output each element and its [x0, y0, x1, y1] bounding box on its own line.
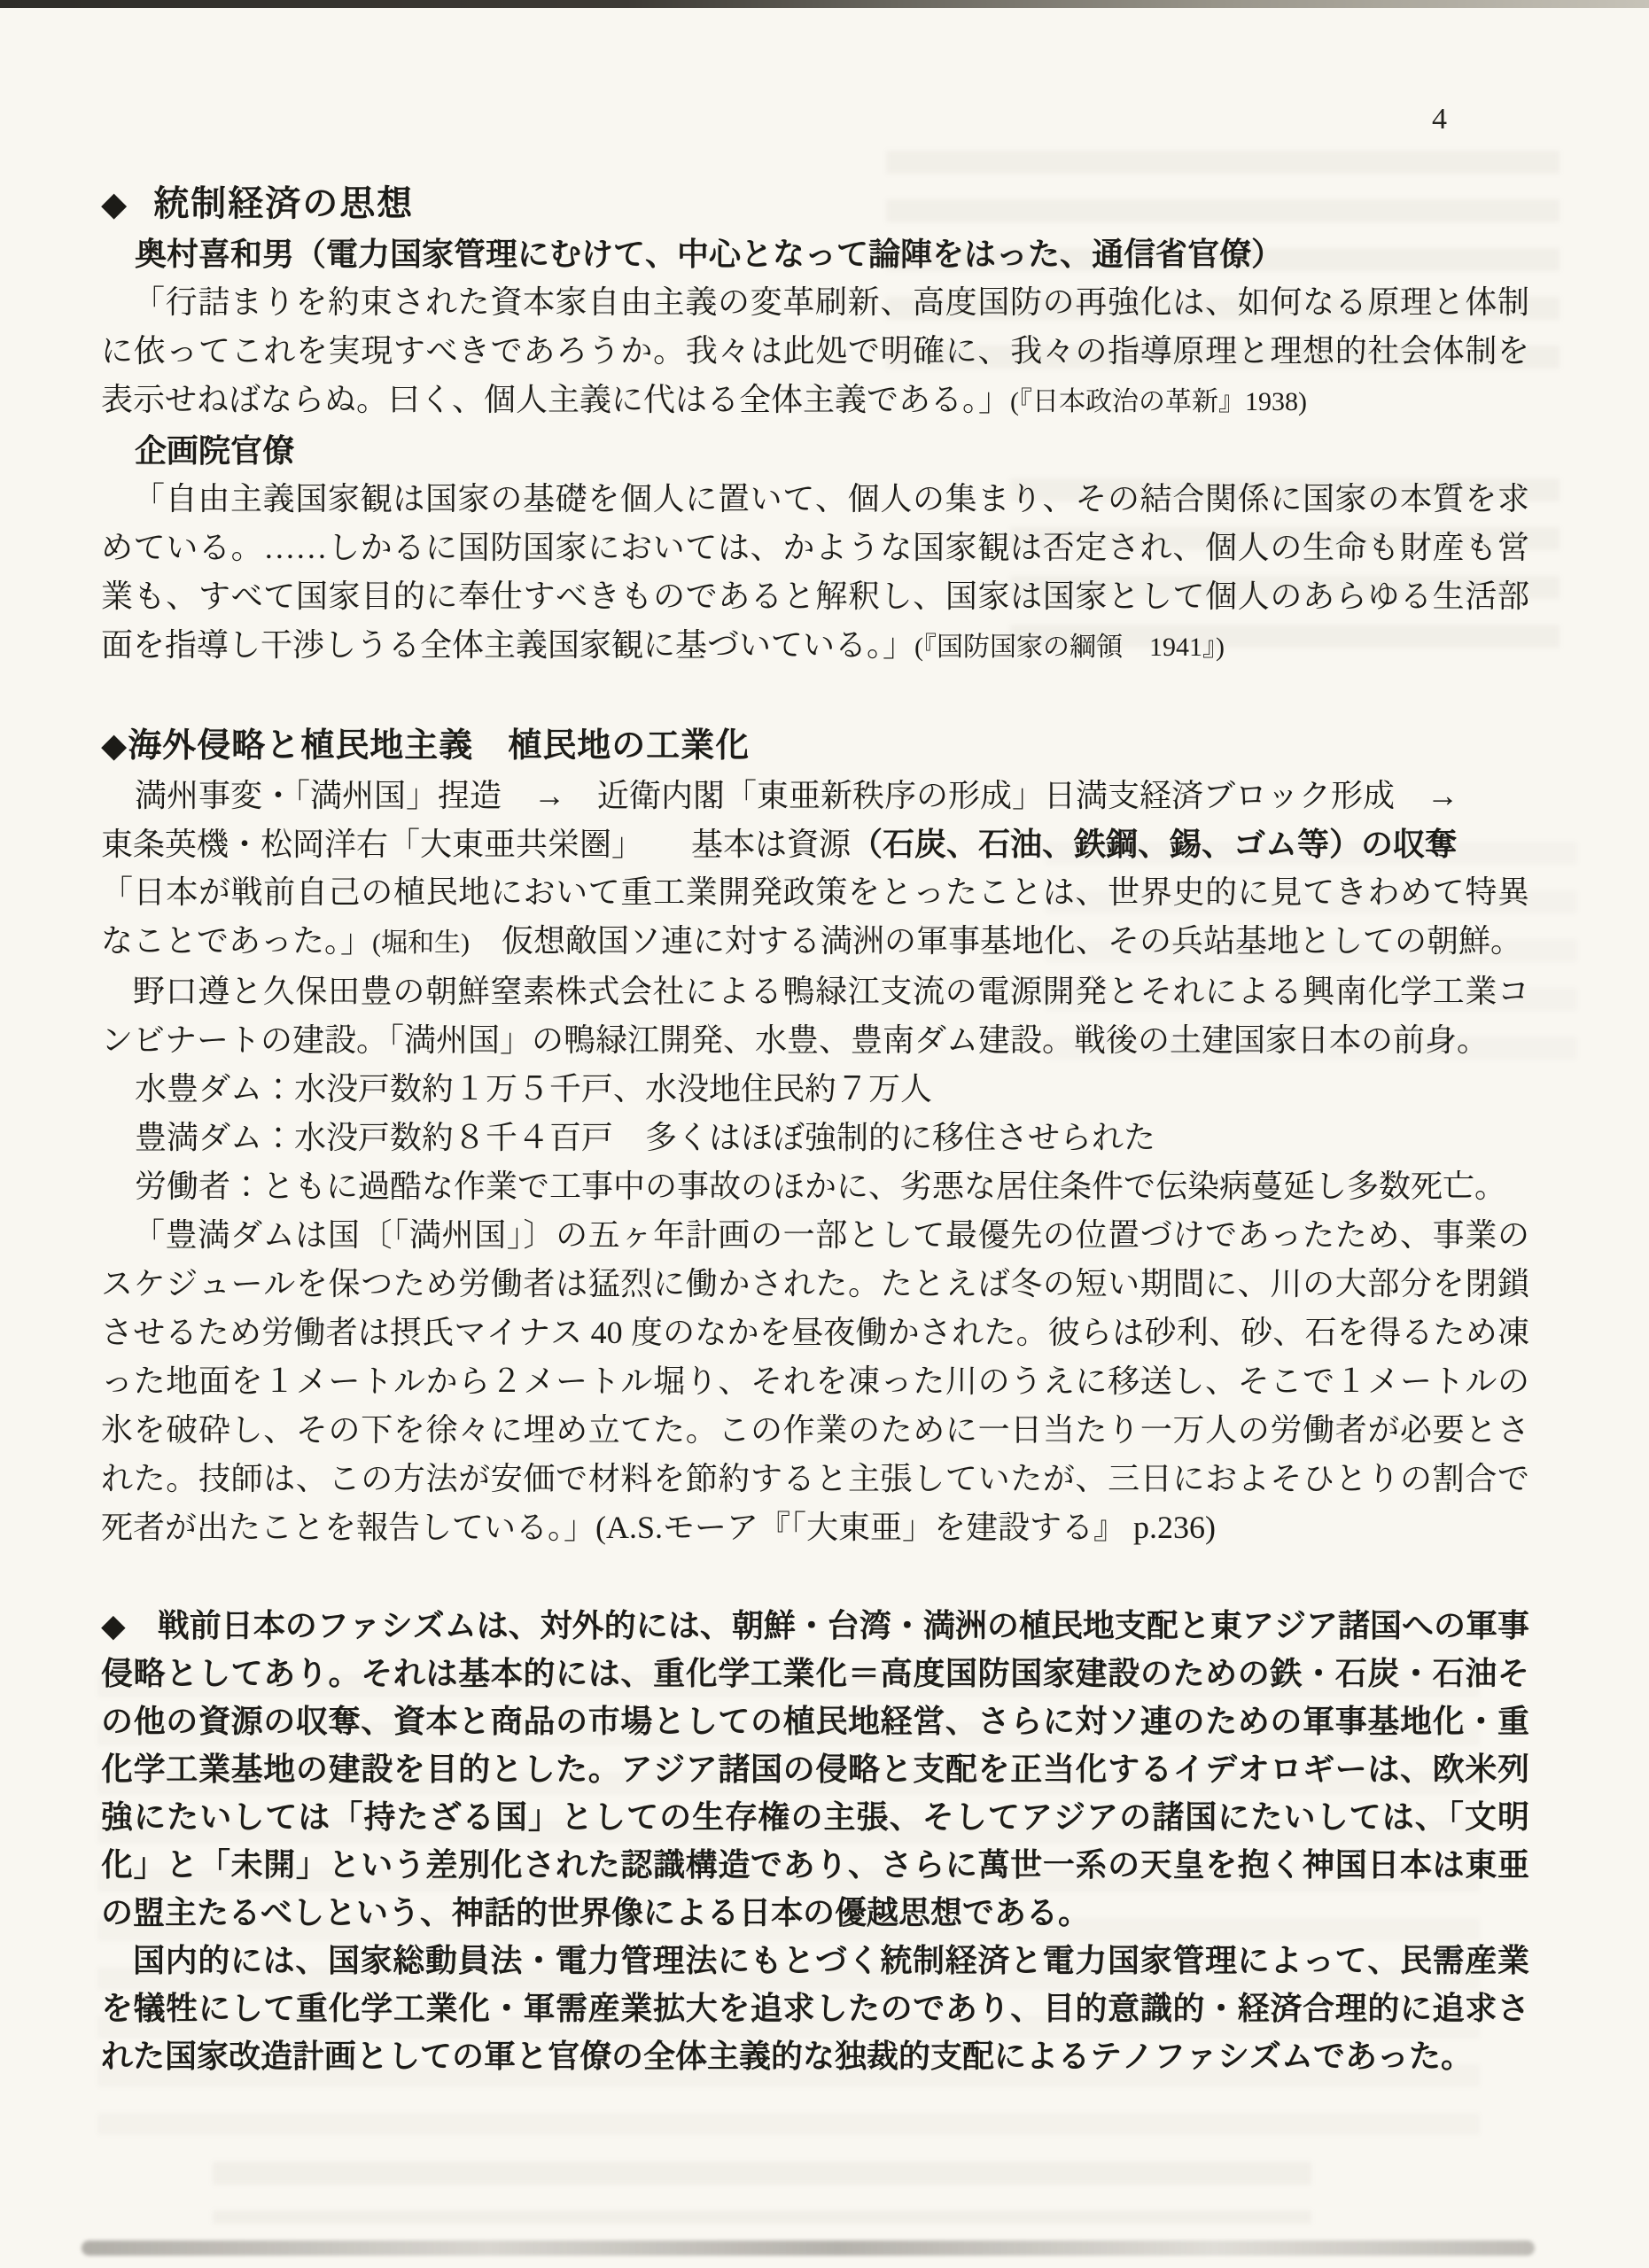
section-heading-text: 統制経済の思想 — [153, 184, 414, 223]
text-segment: 「豊満ダムは国〔「満州国」〕の五ヶ年計画の一部として最優先の位置づけであったため… — [101, 1217, 1529, 1545]
flow-line-manshu-jihen: 満州事変・「満州国」捏造 → 近衛内閣「東亜新秩序の形成」日満支経済ブロック形成… — [101, 771, 1529, 819]
quote-homan-dam-moore: 「豊満ダムは国〔「満州国」〕の五ヶ年計画の一部として最優先の位置づけであったため… — [101, 1211, 1529, 1552]
text-segment: 「行詰まりを約束された資本家自由主義の変革刷新、高度国防の再強化は、如何なる原理… — [101, 284, 1529, 417]
section-heading-text: 海外侵略と植民地主義 植民地の工業化 — [128, 727, 750, 765]
text-segment: 「自由主義国家観は国家の基礎を個人に置いて、個人の集まり、その結合関係に国家の本… — [101, 481, 1529, 663]
document-content: ◆統制経済の思想 奥村喜和男（電力国家管理にむけて、中心となって論陣をはった、通… — [101, 179, 1529, 2080]
summary-para-domestic-technofascism: 国内的には、国家総動員法・電力管理法にもとづく統制経済と電力国家管理によって、民… — [101, 1937, 1529, 2080]
flow-line-tojo-matsuoka: 東条英機・松岡洋右「大東亜共栄圏」 基本は資源（石炭、石油、鉄鋼、錫、ゴム等）の… — [101, 819, 1529, 868]
section-heading-overseas-invasion: ◆海外侵略と植民地主義 植民地の工業化 — [101, 721, 1529, 771]
subheading-okumura-kiwao: 奥村喜和男（電力国家管理にむけて、中心となって論陣をはった、通信省官僚） — [101, 229, 1529, 278]
subheading-kikakuin-kanryo: 企画院官僚 — [101, 426, 1529, 475]
text-segment: 仮想敵国ソ連に対する満洲の軍事基地化、その兵站基地としての朝鮮。 — [470, 923, 1522, 959]
quote-okumura: 「行詰まりを約束された資本家自由主義の変革刷新、高度国防の再強化は、如何なる原理… — [101, 278, 1529, 426]
summary-para-external-fascism: ◆ 戦前日本のファシズムは、対外的には、朝鮮・台湾・満洲の植民地支配と東アジア諸… — [101, 1602, 1529, 1937]
text-segment: (『日本政治の革新』1938) — [1010, 387, 1307, 416]
list-item-laborers: 労働者：ともに過酷な作業で工事中の事故のほかに、劣悪な居住条件で伝染病蔓延し多数… — [101, 1162, 1529, 1211]
text-segment: (『国防国家の綱領 1941』) — [914, 633, 1225, 662]
scan-edge-artifact-top — [0, 0, 1649, 8]
scanned-document-page: 4 ◆統制経済の思想 奥村喜和男（電力国家管理にむけて、中心となって論陣をはった… — [0, 0, 1649, 2268]
scan-edge-artifact-bottom — [82, 2241, 1535, 2256]
list-item-homan-dam: 豊満ダム：水没戸数約８千４百戸 多くはほぼ強制的に移住させられた — [101, 1114, 1529, 1162]
section-heading-controlled-economy: ◆統制経済の思想 — [101, 179, 1529, 229]
text-segment: の収奪 — [1361, 826, 1457, 862]
bleedthrough-artifact — [213, 2162, 1311, 2224]
text-segment: （石炭、石油、鉄鋼、錫、ゴム等） — [851, 826, 1361, 862]
text-segment: (A.S.モーア『「大東亜」を建設する』 p.236) — [595, 1510, 1216, 1545]
para-hori-kazuo-quote: 「日本が戦前自己の植民地において重工業開発政策をとったことは、世界史的に見てきわ… — [101, 868, 1529, 967]
page-number: 4 — [1432, 103, 1447, 136]
quote-kikakuin: 「自由主義国家観は国家の基礎を個人に置いて、個人の集まり、その結合関係に国家の本… — [101, 475, 1529, 672]
text-segment: (堀和生) — [372, 928, 470, 958]
text-segment: 東条英機・松岡洋右「大東亜共栄圏」 基本は資源 — [101, 826, 851, 862]
diamond-bullet-icon: ◆ — [101, 186, 128, 223]
list-item-suiho-dam: 水豊ダム：水没戸数約１万５千戸、水没地住民約７万人 — [101, 1065, 1529, 1114]
para-noguchi-kubota: 野口遵と久保田豊の朝鮮窒素株式会社による鴨緑江支流の電源開発とそれによる興南化学… — [101, 967, 1529, 1065]
diamond-bullet-icon: ◆ — [101, 727, 128, 765]
